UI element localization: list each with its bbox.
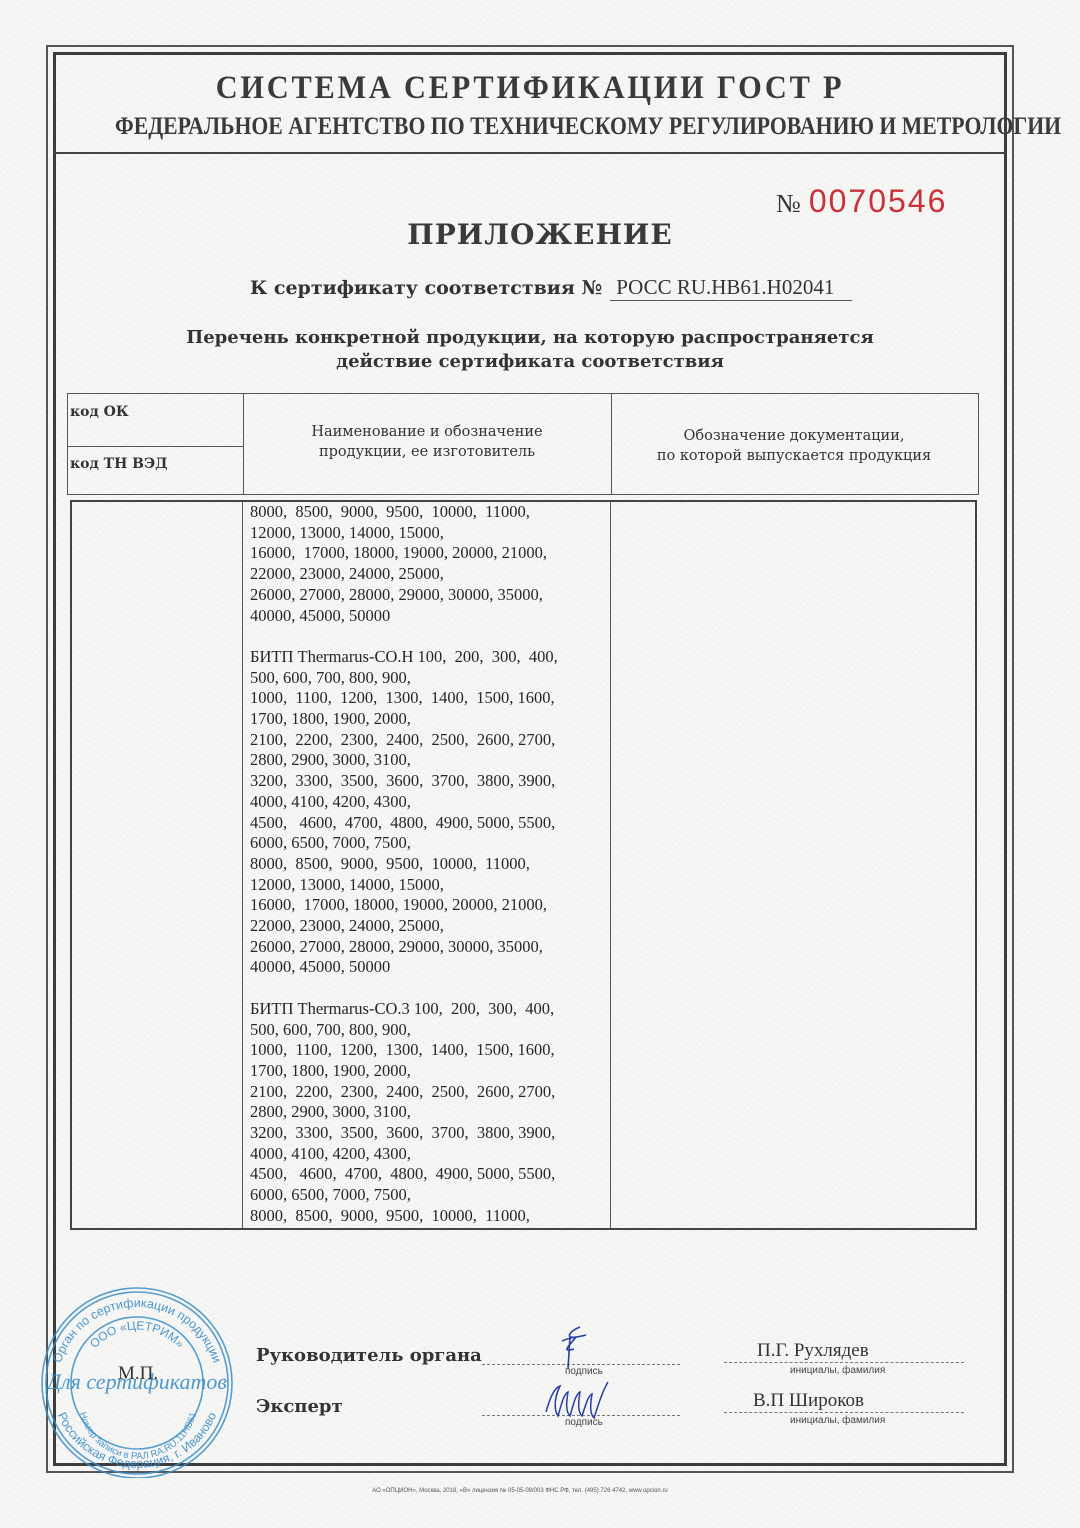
product-cell: 8000, 8500, 9000, 9500, 10000, 11000,120… <box>242 502 611 1228</box>
form-number-value: 0070546 <box>809 183 948 219</box>
product-entry: 8000, 8500, 9000, 9500, 10000, 11000,120… <box>250 502 610 626</box>
product-line: 2100, 2200, 2300, 2400, 2500, 2600, 2700… <box>250 730 610 751</box>
product-line: 2100, 2200, 2300, 2400, 2500, 2600, 2700… <box>250 1082 610 1103</box>
product-line: 2800, 2900, 3000, 3100, <box>250 1102 610 1123</box>
product-header-line-2: продукции, ее изготовитель <box>243 442 611 462</box>
product-line: 2800, 2900, 3000, 3100, <box>250 750 610 771</box>
product-line: 8000, 8500, 9000, 9500, 10000, 11000, <box>250 1206 610 1227</box>
certificate-number: РОСС RU.HB61.H02041 <box>610 275 852 301</box>
product-header-line-1: Наименование и обозначение <box>243 422 611 442</box>
agency-name: ФЕДЕРАЛЬНОЕ АГЕНТСТВО ПО ТЕХНИЧЕСКОМУ РЕ… <box>115 113 945 141</box>
subtitle-line-1: Перечень конкретной продукции, на котору… <box>53 326 1007 350</box>
product-entry: БИТП Thermarus-CO.H 100, 200, 300, 400,5… <box>250 647 610 978</box>
head-name: П.Г. Рухлядев <box>757 1340 869 1362</box>
table-header: код ОК код ТН ВЭД Наименование и обознач… <box>67 393 979 495</box>
printer-imprint: АО «ОПЦИОН», Москва, 2018, «В» лицензия … <box>320 1488 720 1494</box>
head-name-caption: инициалы, фамилия <box>790 1365 885 1376</box>
head-signature <box>540 1323 600 1373</box>
product-line: 1700, 1800, 1900, 2000, <box>250 709 610 730</box>
expert-name: В.П Широков <box>753 1390 864 1412</box>
code-ok-label: код ОК <box>70 404 129 420</box>
product-line: 22000, 23000, 24000, 25000, <box>250 564 610 585</box>
number-sign: № <box>776 189 801 218</box>
docs-header-line-1: Обозначение документации, <box>611 426 977 446</box>
product-line: 4500, 4600, 4700, 4800, 4900, 5000, 5500… <box>250 1164 610 1185</box>
header-separator <box>53 152 1007 154</box>
product-line: БИТП Thermarus-CO.3 100, 200, 300, 400, <box>250 999 610 1020</box>
product-line: 3200, 3300, 3500, 3600, 3700, 3800, 3900… <box>250 1123 610 1144</box>
code-cell <box>72 502 243 1228</box>
head-name-line <box>724 1362 964 1363</box>
svg-text:ООО «ЦЕТРИМ»: ООО «ЦЕТРИМ» <box>87 1318 187 1351</box>
form-number: №0070546 <box>776 183 947 220</box>
product-line: 8000, 8500, 9000, 9500, 10000, 11000, <box>250 854 610 875</box>
product-line: 500, 600, 700, 800, 900, <box>250 1020 610 1041</box>
product-header: Наименование и обозначение продукции, ее… <box>243 422 611 462</box>
header-code-ok-cell: код ОК <box>68 394 243 447</box>
list-subtitle: Перечень конкретной продукции, на котору… <box>53 326 1007 374</box>
product-line: 3200, 3300, 3500, 3600, 3700, 3800, 3900… <box>250 771 610 792</box>
table-body: 8000, 8500, 9000, 9500, 10000, 11000,120… <box>70 500 977 1230</box>
product-line: 26000, 27000, 28000, 29000, 30000, 35000… <box>250 937 610 958</box>
head-role-label: Руководитель органа <box>256 1345 482 1366</box>
product-line: 16000, 17000, 18000, 19000, 20000, 21000… <box>250 895 610 916</box>
subtitle-line-2: действие сертификата соответствия <box>53 350 1007 374</box>
product-line: 12000, 13000, 14000, 15000, <box>250 875 610 896</box>
product-line: 16000, 17000, 18000, 19000, 20000, 21000… <box>250 543 610 564</box>
header-codes-column: код ОК код ТН ВЭД <box>68 394 244 494</box>
product-line: 40000, 45000, 50000 <box>250 957 610 978</box>
expert-signature <box>540 1378 620 1428</box>
product-list: 8000, 8500, 9000, 9500, 10000, 11000,120… <box>250 502 610 1227</box>
expert-role-label: Эксперт <box>256 1396 343 1417</box>
product-line: 6000, 6500, 7000, 7500, <box>250 833 610 854</box>
code-tn-ved-label: код ТН ВЭД <box>70 456 168 472</box>
product-line: 1000, 1100, 1200, 1300, 1400, 1500, 1600… <box>250 688 610 709</box>
header-docs-column: Обозначение документации, по которой вып… <box>611 394 977 494</box>
product-line: 40000, 45000, 50000 <box>250 606 610 627</box>
product-line: 4500, 4600, 4700, 4800, 4900, 5000, 5500… <box>250 813 610 834</box>
product-line: 12000, 13000, 14000, 15000, <box>250 523 610 544</box>
expert-name-caption: инициалы, фамилия <box>790 1415 885 1426</box>
product-line: 4000, 4100, 4200, 4300, <box>250 792 610 813</box>
product-line: БИТП Thermarus-CO.H 100, 200, 300, 400, <box>250 647 610 668</box>
expert-name-line <box>724 1412 964 1413</box>
product-line: 22000, 23000, 24000, 25000, <box>250 916 610 937</box>
certificate-label: К сертификату соответствия № <box>250 277 602 299</box>
docs-header: Обозначение документации, по которой вып… <box>611 426 977 466</box>
page-title: ПРИЛОЖЕНИЕ <box>53 218 1007 251</box>
product-line: 4000, 4100, 4200, 4300, <box>250 1144 610 1165</box>
system-title: СИСТЕМА СЕРТИФИКАЦИИ ГОСТ Р <box>91 70 969 107</box>
product-line: 500, 600, 700, 800, 900, <box>250 668 610 689</box>
product-line: 26000, 27000, 28000, 29000, 30000, 35000… <box>250 585 610 606</box>
stamp-place-label: М.П. <box>118 1363 158 1385</box>
certificate-reference: К сертификату соответствия №РОСС RU.HB61… <box>250 275 852 301</box>
product-line: 1700, 1800, 1900, 2000, <box>250 1061 610 1082</box>
product-line: 1000, 1100, 1200, 1300, 1400, 1500, 1600… <box>250 1040 610 1061</box>
header-product-column: Наименование и обозначение продукции, ее… <box>243 394 612 494</box>
product-line: 6000, 6500, 7000, 7500, <box>250 1185 610 1206</box>
product-entry: БИТП Thermarus-CO.3 100, 200, 300, 400,5… <box>250 999 610 1227</box>
product-line: 8000, 8500, 9000, 9500, 10000, 11000, <box>250 502 610 523</box>
docs-header-line-2: по которой выпускается продукция <box>611 446 977 466</box>
